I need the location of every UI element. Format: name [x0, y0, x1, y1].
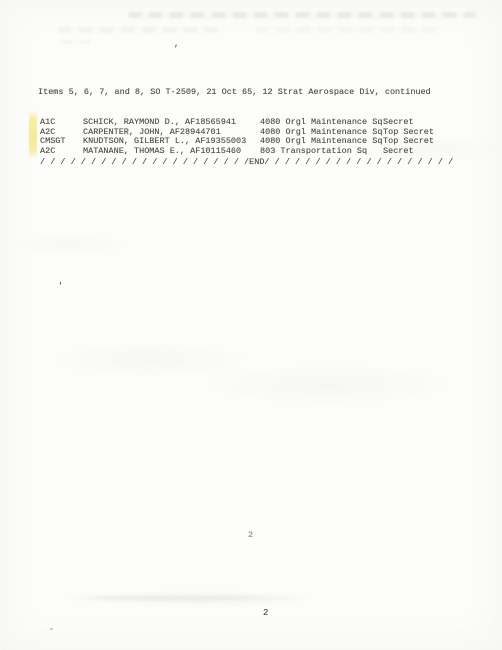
bleedthrough-smudge: [58, 27, 218, 33]
continuation-header: Items 5, 6, 7, and 8, SO T-2509, 21 Oct …: [38, 88, 431, 98]
bleedthrough-smudge: [128, 12, 476, 18]
stray-typewriter-mark: ': [58, 282, 63, 292]
page-number: 2: [248, 530, 253, 540]
bleedthrough-smudge: [60, 40, 90, 44]
page-number: 2: [263, 608, 268, 618]
personnel-roster: A1C SCHICK, RAYMOND D., AF18565941 4080 …: [40, 118, 470, 156]
end-of-entries-line: / / / / / / / / / / / / / / / / / / / / …: [40, 158, 453, 168]
name-serial-cell: MATANANE, THOMAS E., AF10115460: [83, 147, 241, 157]
stray-typewriter-mark: ,: [174, 40, 179, 50]
roster-row: A2C MATANANE, THOMAS E., AF10115460 803 …: [40, 147, 470, 157]
clearance-cell: Secret: [383, 147, 414, 157]
rank-cell: A2C: [40, 147, 55, 157]
scanned-document-page: , Items 5, 6, 7, and 8, SO T-2509, 21 Oc…: [0, 0, 502, 650]
yellow-highlight-mark: [29, 110, 37, 159]
scan-smudge: [65, 596, 315, 600]
unit-cell: 803 Transportation Sq: [260, 147, 367, 157]
bleedthrough-smudge: [255, 27, 440, 33]
scan-speck: [50, 628, 53, 630]
